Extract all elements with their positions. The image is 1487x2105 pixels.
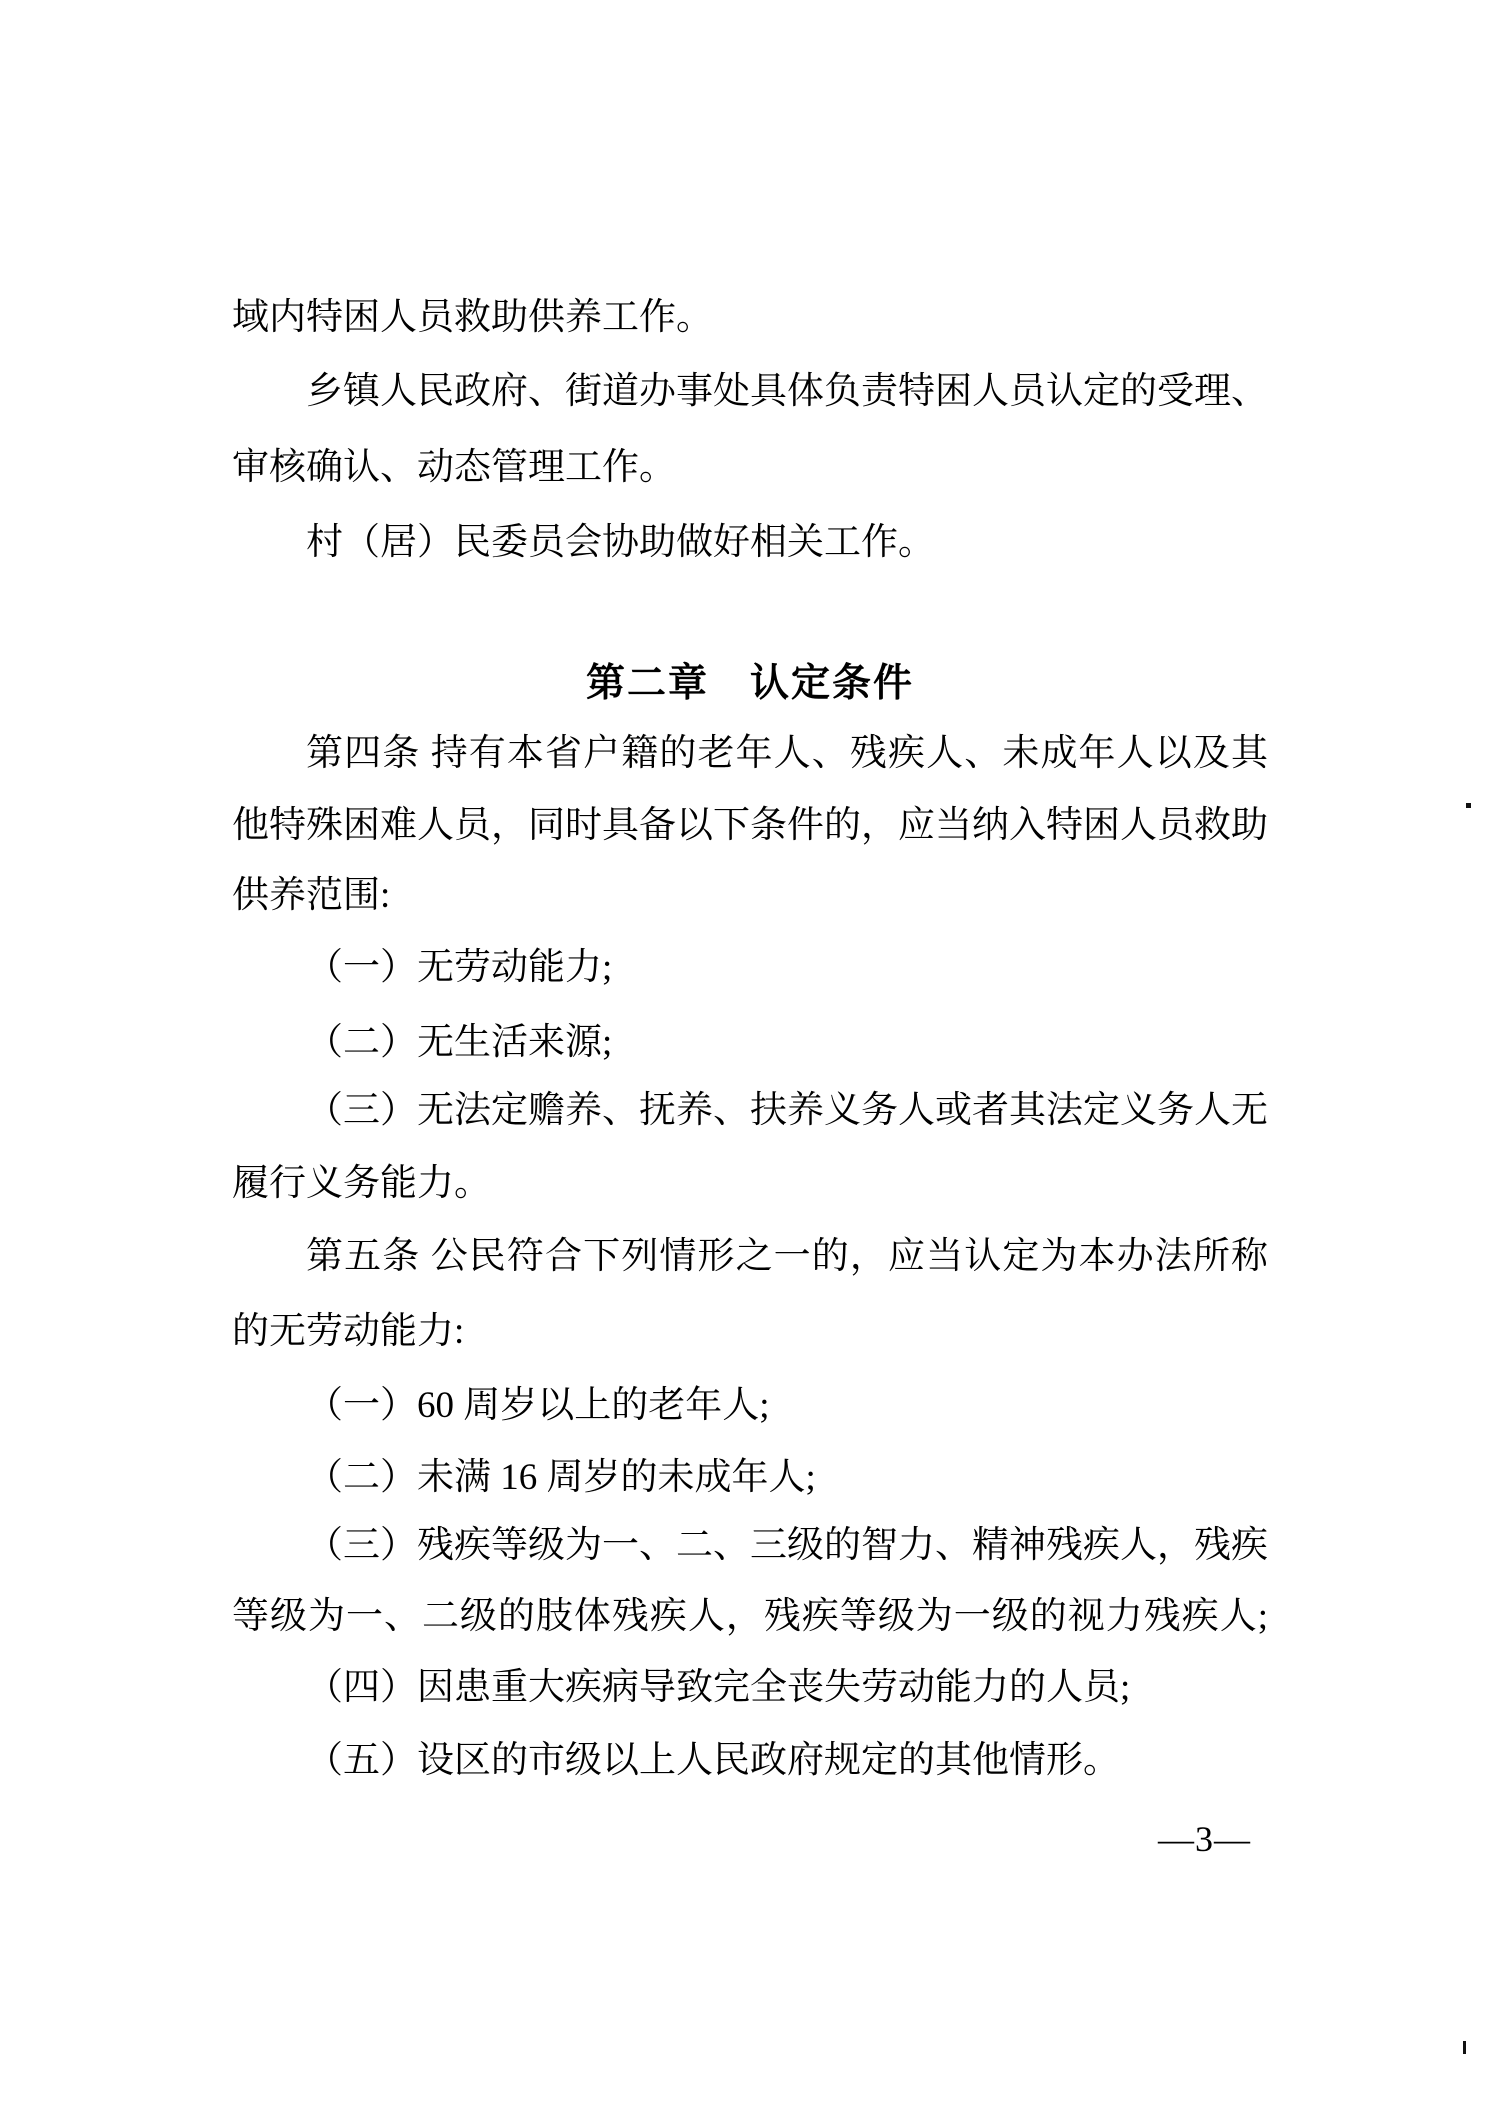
text-line: （二）未满 16 周岁的未成年人; (232, 1457, 1268, 1531)
document-page: 域内特困人员救助供养工作。 乡镇人民政府、街道办事处具体负责特困人员认定的受理、… (0, 0, 1487, 2105)
text-line: 审核确认、动态管理工作。 (232, 447, 1268, 521)
scan-speck-artifact (1466, 803, 1471, 808)
text-line: （三）无法定赡养、抚养、扶养义务人或者其法定义务人无 (232, 1090, 1268, 1164)
text-line: 他特殊困难人员，同时具备以下条件的，应当纳入特困人员救助 (232, 805, 1268, 879)
chapter-heading: 第二章 认定条件 (232, 652, 1268, 708)
text-line: （五）设区的市级以上人民政府规定的其他情形。 (232, 1740, 1268, 1814)
text-line: 域内特困人员救助供养工作。 (232, 297, 1268, 371)
text-line: （四）因患重大疾病导致完全丧失劳动能力的人员; (232, 1667, 1268, 1741)
page-number: —3— (1158, 1818, 1251, 1860)
text-line: （二）无生活来源; (232, 1022, 1268, 1096)
text-line: （一）60 周岁以上的老年人; (232, 1385, 1268, 1459)
text-line: 履行义务能力。 (232, 1163, 1268, 1237)
text-line: （一）无劳动能力; (232, 947, 1268, 1021)
text-line: 第四条 持有本省户籍的老年人、残疾人、未成年人以及其 (232, 733, 1268, 807)
text-line: 供养范围: (232, 875, 1268, 949)
text-line: 等级为一、二级的肢体残疾人，残疾等级为一级的视力残疾人; (232, 1596, 1268, 1670)
text-line: 村（居）民委员会协助做好相关工作。 (232, 522, 1268, 596)
text-line: 第五条 公民符合下列情形之一的，应当认定为本办法所称 (232, 1236, 1268, 1310)
text-line: 的无劳动能力: (232, 1311, 1268, 1385)
text-line: （三）残疾等级为一、二、三级的智力、精神残疾人，残疾 (232, 1525, 1268, 1599)
text-line: 乡镇人民政府、街道办事处具体负责特困人员认定的受理、 (232, 371, 1268, 445)
scan-tick-artifact (1463, 2041, 1466, 2054)
